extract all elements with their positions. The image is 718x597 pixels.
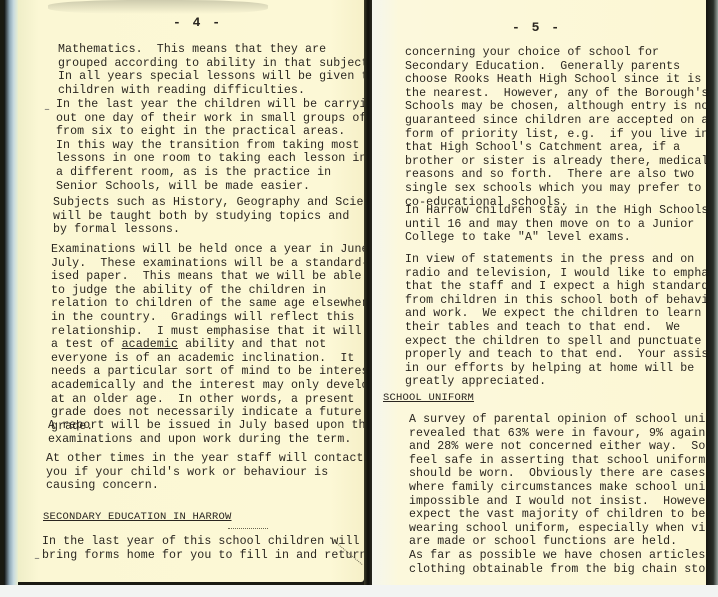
text-line: until 16 and may then move on to a Junio… [405,218,708,232]
text-line: grade does not necessarily indicate a fu… [51,406,390,420]
text-line: In this way the transition from taking m… [56,139,381,153]
text-line: wearing school uniform, especially when … [409,522,718,536]
text-line: you if your child's work or behaviour is [46,466,364,480]
text-line: the nearest. However, any of the Borough… [405,87,716,101]
text-line: at an older age. In other words, a prese… [51,393,390,407]
right-page: - 5 - concerning your choice of school f… [372,0,706,585]
paragraph-school-choice: concerning your choice of school forSeco… [405,46,716,209]
text-line: single sex schools which you may prefer … [405,182,716,196]
scan-background [0,585,718,597]
text-line: choose Rooks Heath High School since it … [405,73,716,87]
text-line: In view of statements in the press and o… [405,253,718,267]
text-line: that High School's Catchment area, if a [405,141,716,155]
text-line: A survey of parental opinion of school u… [409,413,718,427]
text-line: College to take "A" level exams. [405,231,708,245]
text-line: children with reading difficulties. [58,84,376,98]
text-line: In Harrow children stay in the High Scho… [405,204,708,218]
text-line: concerning your choice of school for [405,46,716,60]
text-line: to judge the ability of the children in [51,284,390,298]
text-line: Subjects such as History, Geography and … [53,196,385,210]
text-line: relation to children of the same age els… [51,297,390,311]
underlined-word: academic [122,338,178,351]
text-line: brother or sister is already there, medi… [405,155,716,169]
text-line: in our efforts by helping at home will b… [405,362,718,376]
text-line: academically and the interest may only d… [51,379,390,393]
text-line: a test of academic ability and that not [51,338,390,352]
text-line: out one day of their work in small group… [56,112,381,126]
text-line: where family circumstances make school u… [409,481,718,495]
section-heading-secondary-education: SECONDARY EDUCATION IN HARROW [43,511,232,525]
paragraph-standards: In view of statements in the press and o… [405,253,718,389]
text-line: July. These examinations will be a stand… [51,257,390,271]
text-line: a different room, as is the practice in [56,166,381,180]
text-line: from six to eight in the practical areas… [56,125,381,139]
paragraph-forms-home: In the last year of this school children… [42,535,367,562]
text-line: greatly appreciated. [405,375,718,389]
text-line: that the staff and I expect a high stand… [405,280,718,294]
text-line: properly and teach to that end. Your ass… [405,348,718,362]
text-line: In all years special lessons will be giv… [58,70,376,84]
text-line: in the country. Gradings will reflect th… [51,311,390,325]
text-line: should be worn. Obviously there are case… [409,467,718,481]
section-heading-school-uniform: SCHOOL UNIFORM [383,392,474,406]
text-line: will be taught both by studying topics a… [53,210,385,224]
text-line: impossible and I would not insist. Howev… [409,495,718,509]
text-line: everyone is of an academic inclination. … [51,352,390,366]
book-gutter [364,0,372,585]
paragraph-harrow-high-schools: In Harrow children stay in the High Scho… [405,204,708,245]
text-line: form of priority list, e.g. if you live … [405,128,716,142]
margin-dash: – [44,104,50,118]
text-line: In the last year of this school children… [42,535,367,549]
text-line: by formal lessons. [53,223,385,237]
text-line: At other times in the year staff will co… [46,452,364,466]
paragraph-school-uniform: A survey of parental opinion of school u… [409,413,718,576]
text-line: Mathematics. This means that they are [58,43,376,57]
text-line: and 28% were not concerned either way. S… [409,440,718,454]
page-mark [228,528,268,529]
text-line: lessons in one room to taking each lesso… [56,152,381,166]
paragraph-contact: At other times in the year staff will co… [46,452,364,493]
text-line: revealed that 63% were in favour, 9% aga… [409,427,718,441]
left-page: - 4 - Mathematics. This means that they … [18,0,364,582]
text-line: bring forms home for you to fill in and … [42,549,367,563]
text-line: radio and television, I would like to em… [405,267,718,281]
paragraph-mathematics: Mathematics. This means that they aregro… [58,43,376,97]
text-line: A report will be issued in July based up… [48,419,373,433]
paragraph-last-year: In the last year the children will be ca… [56,98,381,193]
text-line: are made or school functions are held. [409,535,718,549]
text-line: from children in this school both of beh… [405,294,718,308]
text-line: In the last year the children will be ca… [56,98,381,112]
text-line: feel safe in asserting that school unifo… [409,454,718,468]
text-line: causing concern. [46,479,364,493]
paragraph-subjects: Subjects such as History, Geography and … [53,196,385,237]
text-line: reasons and so forth. There are also two [405,168,716,182]
text-line: and work. We expect the children to lear… [405,307,718,321]
text-line: ised paper. This means that we will be a… [51,270,390,284]
page-number-left: - 4 - [173,16,222,30]
text-line: relationship. I must emphasise that it w… [51,325,390,339]
text-line: Senior Schools, will be made easier. [56,180,381,194]
text-line: grouped according to ability in that sub… [58,57,376,71]
text-line: As far as possible we have chosen articl… [409,549,718,563]
text-line: guaranteed since children are accepted o… [405,114,716,128]
text-line: Schools may be chosen, although entry is… [405,100,716,114]
text-line: expect the vast majority of children to … [409,508,718,522]
left-page-edge [4,0,18,585]
text-line: Examinations will be held once a year in… [51,243,390,257]
booklet-spread: - 4 - Mathematics. This means that they … [0,0,718,585]
paragraph-examinations: Examinations will be held once a year in… [51,243,390,433]
paragraph-report: A report will be issued in July based up… [48,419,373,446]
text-line: Secondary Education. Generally parents [405,60,716,74]
text-line: their tables and teach to that end. We [405,321,718,335]
text-line: needs a particular sort of mind to be in… [51,365,390,379]
text-line: clothing obtainable from the big chain s… [409,563,718,577]
text-line: examinations and upon work during the te… [48,433,373,447]
margin-dash: – [34,553,40,567]
text-line: expect the children to spell and punctua… [405,335,718,349]
page-number-right: - 5 - [512,21,561,35]
right-page-edge [706,0,718,585]
